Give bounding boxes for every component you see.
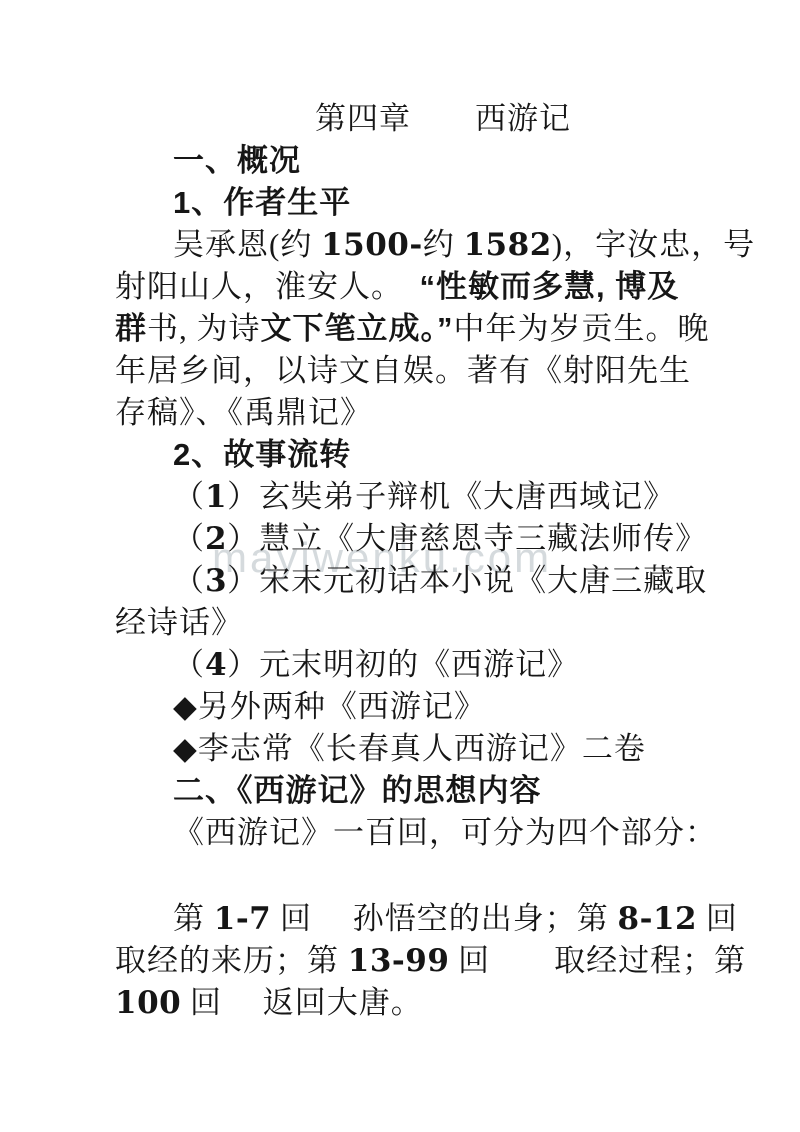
text-run: 1、作者生平 xyxy=(173,185,351,220)
para-author-line-1: 吴承恩(约 1500-约 1582)，字汝忠，号 xyxy=(115,224,775,266)
text-run: 回 孙悟空的出身；第 xyxy=(271,901,617,936)
text-run: ）玄奘弟子辩机《大唐西域记》 xyxy=(227,479,675,514)
text-run: 3 xyxy=(205,563,227,599)
text-run: 2 xyxy=(205,521,227,557)
heading-section-2: 二、《西游记》的思想内容 xyxy=(115,770,775,812)
text-run: 群 xyxy=(115,311,147,346)
list-item-2: （2）慧立《大唐慈恩寺三藏法师传》 xyxy=(115,518,775,560)
bullet-item-2: ◆李志常《长春真人西游记》二卷 xyxy=(115,728,775,770)
text-run: （ xyxy=(173,521,205,556)
text-run: 《西游记》一百回，可分为四个部分： xyxy=(173,815,717,850)
list-item-1: （1）玄奘弟子辩机《大唐西域记》 xyxy=(115,476,775,518)
text-run: （ xyxy=(173,563,205,598)
text-run: 第 xyxy=(173,901,214,936)
text-run: 回 取经过程；第 xyxy=(449,943,746,978)
heading-1-1-author: 1、作者生平 xyxy=(115,182,775,224)
text-run: 1-7 xyxy=(214,901,272,937)
text-run: 回 返回大唐。 xyxy=(181,985,423,1020)
text-run: “性敏而多慧, 博及 xyxy=(420,269,680,304)
text-run: 回 xyxy=(697,901,738,936)
text-run: ）宋末元初话本小说《大唐三藏取 xyxy=(227,563,707,598)
text-run: ◆李志常《长春真人西游记》二卷 xyxy=(173,731,646,766)
text-run: )，字汝忠，号 xyxy=(552,227,755,262)
text-run: 书, 为诗 xyxy=(147,311,261,346)
para-parts-line-3: 100 回 返回大唐。 xyxy=(115,982,775,1024)
text-run: 中年为岁贡生。晚 xyxy=(454,311,710,346)
text-run: ）慧立《大唐慈恩寺三藏法师传》 xyxy=(227,521,707,556)
text-run: 第四章 西游记 xyxy=(315,101,571,136)
document-body: 第四章 西游记一、概况1、作者生平吴承恩(约 1500-约 1582)，字汝忠，… xyxy=(115,98,775,1024)
text-run: 1500- xyxy=(321,227,423,263)
list-item-3-line-1: （3）宋末元初话本小说《大唐三藏取 xyxy=(115,560,775,602)
list-item-3-line-2: 经诗话》 xyxy=(115,602,775,644)
para-author-line-5: 存稿》、《禹鼎记》 xyxy=(115,392,775,434)
text-run: 100 xyxy=(115,985,181,1021)
text-run: 1582 xyxy=(463,227,551,263)
text-run: 13-99 xyxy=(348,943,450,979)
text-run: 存稿》、《禹鼎记》 xyxy=(115,395,372,430)
para-author-line-3: 群书, 为诗文下笔立成。”中年为岁贡生。晚 xyxy=(115,308,775,350)
text-run: 2、故事流转 xyxy=(173,437,351,472)
heading-section-1: 一、概况 xyxy=(115,140,775,182)
text-run: 文下笔立成。” xyxy=(261,311,454,346)
text-run: 射阳山人，淮安人。 xyxy=(115,269,420,304)
para-author-line-2: 射阳山人，淮安人。 “性敏而多慧, 博及 xyxy=(115,266,775,308)
text-run: 8-12 xyxy=(618,901,698,937)
list-item-4: （4）元末明初的《西游记》 xyxy=(115,644,775,686)
text-run: ◆另外两种《西游记》 xyxy=(173,689,486,724)
text-run: 年居乡间，以诗文自娱。著有《射阳先生 xyxy=(115,353,691,388)
para-parts-line-1: 第 1-7 回 孙悟空的出身；第 8-12 回 xyxy=(115,898,775,940)
document-page: mayiwenku.com 第四章 西游记一、概况1、作者生平吴承恩(约 150… xyxy=(0,0,800,1132)
text-run: 1 xyxy=(205,479,227,515)
para-parts-line-2: 取经的来历；第 13-99 回 取经过程；第 xyxy=(115,940,775,982)
text-run: 吴承恩(约 xyxy=(173,227,321,262)
text-run: 约 xyxy=(423,227,464,262)
heading-1-2-story: 2、故事流转 xyxy=(115,434,775,476)
text-run: 经诗话》 xyxy=(115,605,243,640)
para-overview: 《西游记》一百回，可分为四个部分： xyxy=(115,812,775,854)
text-run: （ xyxy=(173,479,205,514)
text-run: 一、概况 xyxy=(173,143,301,178)
para-author-line-4: 年居乡间，以诗文自娱。著有《射阳先生 xyxy=(115,350,775,392)
text-run: 二、《西游记》的思想内容 xyxy=(173,773,542,808)
bullet-item-1: ◆另外两种《西游记》 xyxy=(115,686,775,728)
text-run: （ xyxy=(173,647,205,682)
text-run: 取经的来历；第 xyxy=(115,943,348,978)
text-run: ）元末明初的《西游记》 xyxy=(227,647,579,682)
blank-line xyxy=(115,854,775,898)
doc-title: 第四章 西游记 xyxy=(115,98,775,140)
text-run: 4 xyxy=(205,647,227,683)
